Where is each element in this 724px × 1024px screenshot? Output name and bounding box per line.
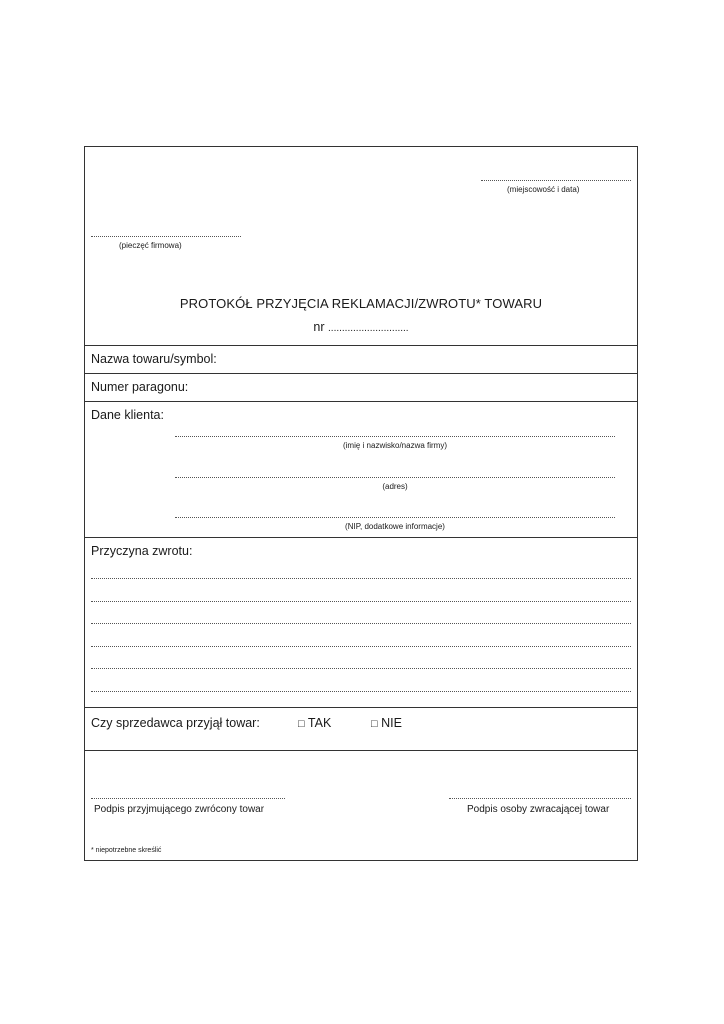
returner-signature-field[interactable] [449, 798, 631, 799]
receiver-signature-field[interactable] [91, 798, 285, 799]
number-prefix: nr [313, 320, 324, 334]
checkbox-empty-icon[interactable]: □ [371, 718, 378, 730]
reason-line-field[interactable] [91, 691, 631, 692]
reason-line-field[interactable] [91, 601, 631, 602]
option-nie[interactable]: □ NIE [371, 716, 402, 730]
reason-line-field[interactable] [91, 646, 631, 647]
client-address-field[interactable] [175, 477, 615, 478]
returner-signature-caption: Podpis osoby zwracającej towar [467, 804, 609, 815]
option-tak[interactable]: □ TAK [298, 716, 331, 730]
acceptance-section: Czy sprzedawca przyjął towar: □ TAK □ NI… [85, 707, 637, 750]
reason-section: Przyczyna zwrotu: [85, 537, 637, 707]
place-date-caption: (miejscowość i data) [507, 185, 579, 194]
client-address-caption: (adres) [175, 482, 615, 491]
reason-line-field[interactable] [91, 668, 631, 669]
checkbox-empty-icon[interactable]: □ [298, 718, 305, 730]
client-name-field[interactable] [175, 436, 615, 437]
protocol-number: nr ............................. [85, 320, 637, 334]
product-row[interactable]: Nazwa towaru/symbol: [85, 345, 637, 373]
footnote: * niepotrzebne skreślić [91, 847, 161, 854]
company-stamp-caption: (pieczęć firmowa) [119, 241, 182, 250]
product-label: Nazwa towaru/symbol: [91, 352, 217, 366]
client-nip-caption: (NIP, dodatkowe informacje) [175, 522, 615, 531]
reason-line-field[interactable] [91, 623, 631, 624]
page-title: PROTOKÓŁ PRZYJĘCIA REKLAMACJI/ZWROTU* TO… [85, 296, 637, 311]
reason-line-field[interactable] [91, 578, 631, 579]
option-tak-label: TAK [308, 716, 331, 730]
client-label: Dane klienta: [91, 408, 164, 422]
signature-section: Podpis przyjmującego zwrócony towar Podp… [85, 750, 637, 860]
client-section: Dane klienta: (imię i nazwisko/nazwa fir… [85, 401, 637, 537]
receipt-row[interactable]: Numer paragonu: [85, 373, 637, 401]
receipt-label: Numer paragonu: [91, 380, 188, 394]
acceptance-question: Czy sprzedawca przyjął towar: [91, 716, 260, 730]
client-nip-field[interactable] [175, 517, 615, 518]
option-nie-label: NIE [381, 716, 402, 730]
client-name-caption: (imię i nazwisko/nazwa firmy) [175, 441, 615, 450]
complaint-form: (miejscowość i data) (pieczęć firmowa) P… [84, 146, 638, 861]
place-date-field[interactable] [481, 180, 631, 181]
reason-label: Przyczyna zwrotu: [91, 544, 192, 558]
receiver-signature-caption: Podpis przyjmującego zwrócony towar [94, 804, 264, 815]
number-field[interactable]: ............................. [328, 323, 409, 334]
company-stamp-field[interactable] [91, 236, 241, 237]
